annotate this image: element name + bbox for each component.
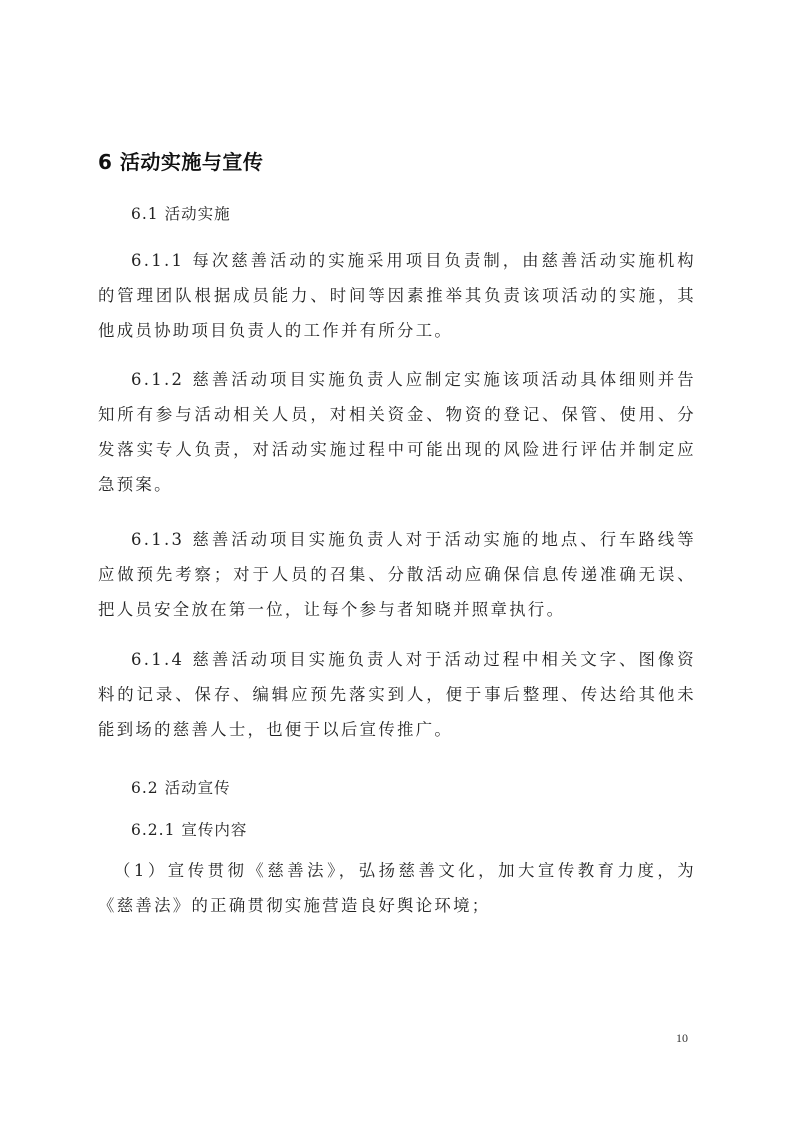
subsection-heading-6-1: 6.1 活动实施 [131, 202, 231, 224]
section-title: 6 活动实施与宣传 [98, 146, 263, 175]
subsection-heading-6-2-1: 6.2.1 宣传内容 [131, 818, 247, 840]
paragraph-6-1-3: 6.1.3 慈善活动项目实施负责人对于活动实施的地点、行车路线等应做预先考察；对… [98, 522, 696, 627]
paragraph-6-1-2: 6.1.2 慈善活动项目实施负责人应制定实施该项活动具体细则并告知所有参与活动相… [98, 362, 696, 502]
subsection-heading-6-2: 6.2 活动宣传 [131, 776, 231, 798]
page-number: 10 [676, 1031, 688, 1046]
paragraph-6-2-1-item-1: （1）宣传贯彻《慈善法》，弘扬慈善文化，加大宣传教育力度，为《慈善法》的正确贯彻… [98, 853, 696, 923]
paragraph-6-1-1: 6.1.1 每次慈善活动的实施采用项目负责制，由慈善活动实施机构的管理团队根据成… [98, 243, 696, 348]
paragraph-6-1-4: 6.1.4 慈善活动项目实施负责人对于活动过程中相关文字、图像资料的记录、保存、… [98, 642, 696, 747]
